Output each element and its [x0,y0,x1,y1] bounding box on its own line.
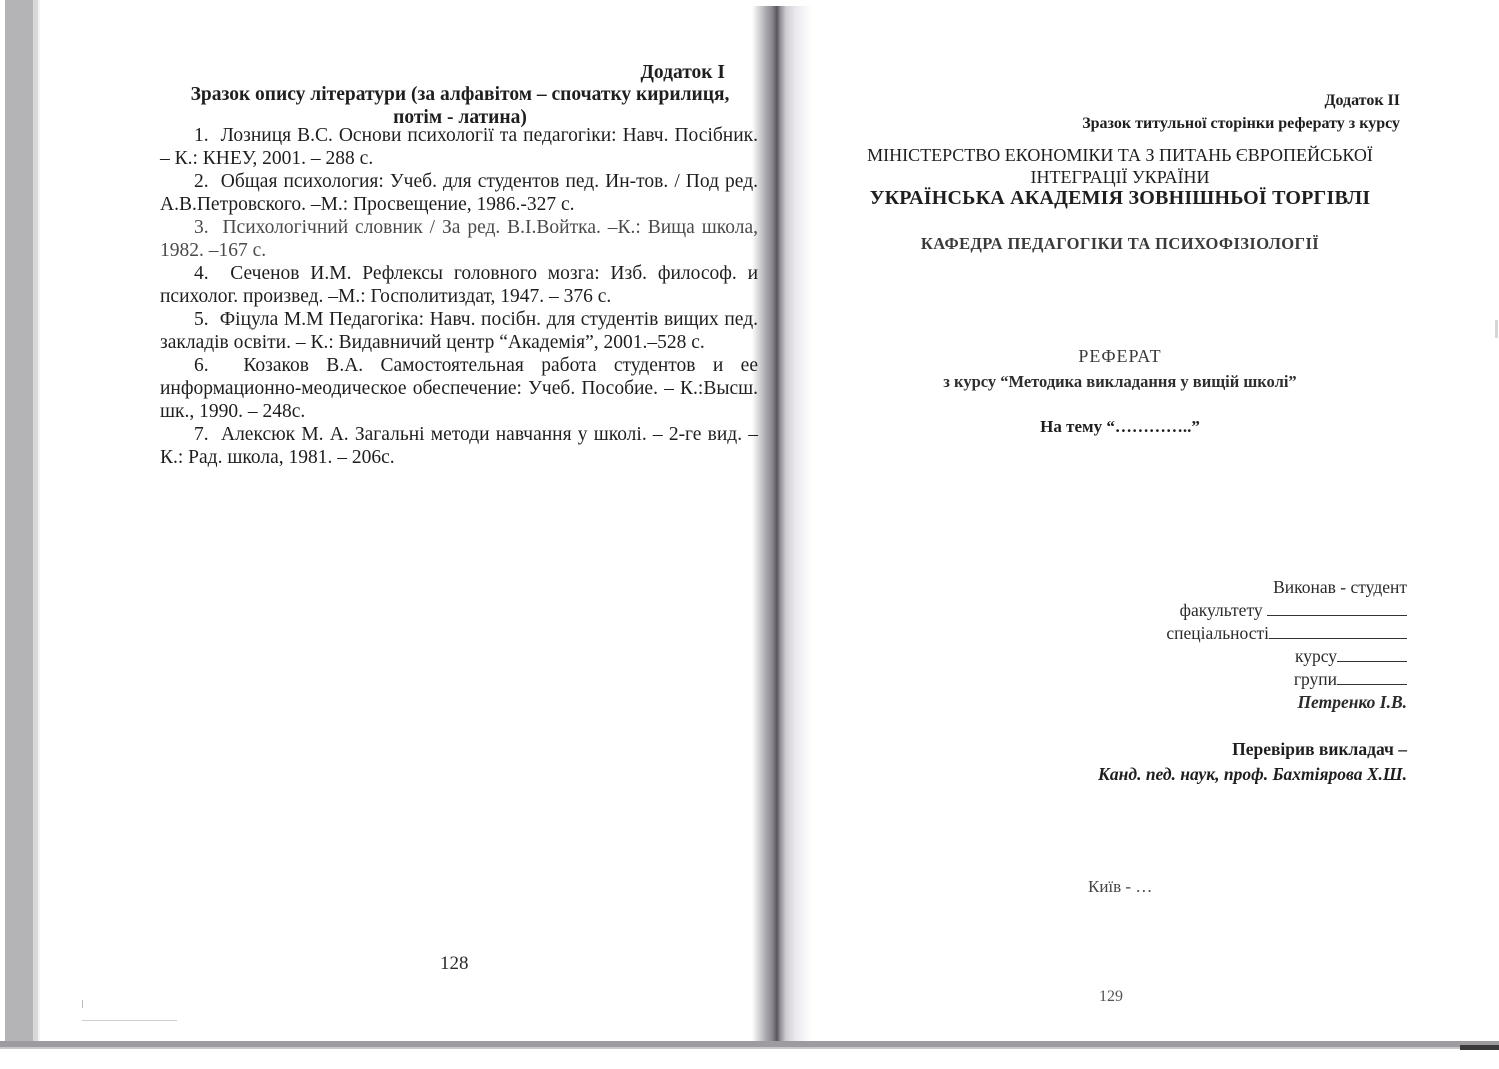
completed-by-label: Виконав - студент [1100,576,1407,599]
bibliography-entry: 6. Козаков В.А. Самостоятельная работа с… [160,354,758,423]
student-signature-block: Виконав - студент факультету спеціальнос… [1100,576,1407,714]
appendix-2-label: Додаток II [840,92,1400,110]
topic-line: На тему “…………..” [840,417,1400,437]
scanner-edge-left [0,0,40,1045]
student-name: Петренко І.В. [1100,691,1407,714]
heading-line-1: Зразок опису літератури (за алфавітом – … [160,83,760,106]
city-year: Київ - … [1088,877,1152,897]
page-number-left: 128 [440,953,469,975]
faculty-row: факультету [1100,599,1407,622]
bibliography-entry: 2. Общая психология: Учеб. для студентов… [160,170,758,216]
bibliography-list: 1. Лозниця В.С. Основи психології та пед… [160,124,758,469]
bibliography-entry: 3. Психологічний словник / За ред. В.І.В… [160,216,758,262]
bibliography-entry: 4. Сеченов И.М. Рефлексы головного мозга… [160,262,758,308]
ministry-name: МІНІСТЕРСТВО ЕКОНОМІКИ ТА З ПИТАНЬ ЄВРОП… [840,144,1400,188]
teacher-name: Канд. пед. наук, проф. Бахтіярова Х.Ш. [1000,762,1407,787]
group-row: групи [1100,668,1407,691]
document-type: РЕФЕРАТ [840,346,1400,367]
group-blank [1337,670,1407,685]
page-number-right: 129 [1099,988,1123,1006]
course-row: курсу [1100,645,1407,668]
sample-caption: Зразок титульної сторінки реферату з кур… [840,115,1400,133]
ministry-line-1: МІНІСТЕРСТВО ЕКОНОМІКИ ТА З ПИТАНЬ ЄВРОП… [840,144,1400,166]
scan-line [82,1020,177,1021]
appendix-1-label: Додаток I [0,62,725,84]
course-blank [1337,647,1407,662]
checked-by-label: Перевірив викладач – [1000,737,1407,762]
bibliography-entry: 5. Фіцула М.М Педагогіка: Навч. посібн. … [160,308,758,354]
specialty-blank [1269,624,1407,639]
bibliography-entry: 1. Лозниця В.С. Основи психології та пед… [160,124,758,170]
department-name: КАФЕДРА ПЕДАГОГІКИ ТА ПСИХОФІЗІОЛОГІЇ [840,234,1400,254]
faculty-blank [1267,601,1407,616]
scan-speck [82,1000,83,1008]
scanner-edge-dark [1460,1045,1499,1050]
bibliography-heading: Зразок опису літератури (за алфавітом – … [160,83,760,129]
specialty-row: спеціальності [1100,622,1407,645]
bibliography-entry: 7. Алексюк М. А. Загальні методи навчанн… [160,423,758,469]
academy-name: УКРАЇНСЬКА АКАДЕМІЯ ЗОВНІШНЬОЇ ТОРГІВЛІ [840,187,1400,210]
teacher-block: Перевірив викладач – Канд. пед. наук, пр… [1000,737,1407,787]
scanner-edge-bottom [0,1041,1499,1069]
course-line: з курсу “Методика викладання у вищій шко… [840,372,1400,392]
scan-speck [1495,320,1498,338]
ministry-line-2: ІНТЕГРАЦІЇ УКРАЇНИ [840,166,1400,188]
book-spine-shadow [752,6,812,1046]
